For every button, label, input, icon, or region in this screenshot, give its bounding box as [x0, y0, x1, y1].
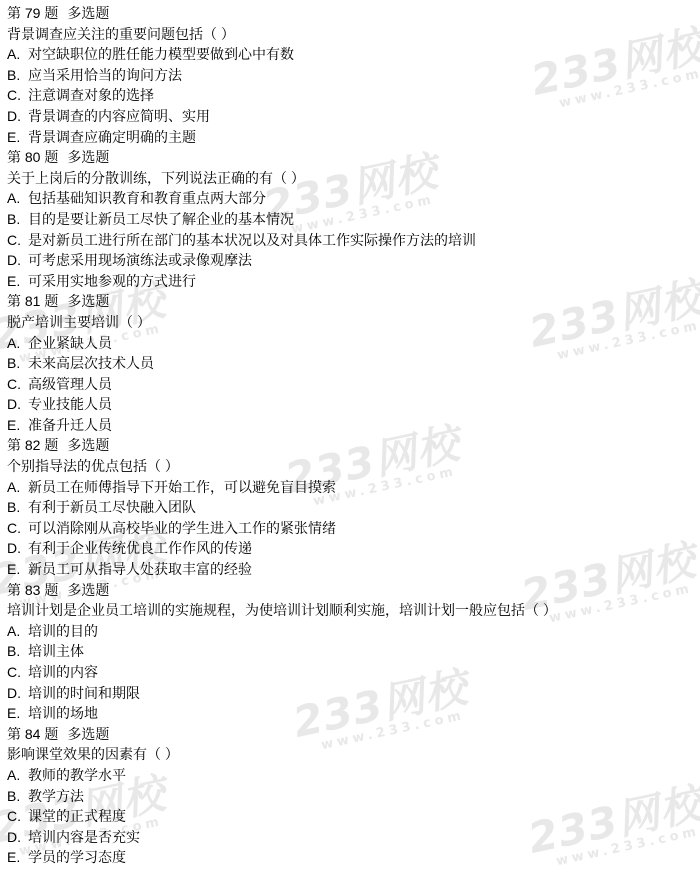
option-letter: C.	[7, 518, 28, 539]
option-row: E.培训的场地	[7, 703, 696, 724]
question-block: 第 79 题多选题 背景调查应关注的重要问题包括（ ） A.对空缺职位的胜任能力…	[7, 3, 696, 147]
option-text: 有利于新员工尽快融入团队	[28, 499, 196, 515]
option-letter: C.	[7, 85, 28, 106]
option-row: C.培训的内容	[7, 662, 696, 683]
option-letter: A.	[7, 477, 28, 498]
option-row: A.包括基础知识教育和教育重点两大部分	[7, 188, 696, 209]
option-letter: B.	[7, 209, 28, 230]
option-row: D.专业技能人员	[7, 394, 696, 415]
option-letter: E.	[7, 127, 28, 148]
question-number: 第 84 题	[7, 726, 58, 742]
question-header: 第 84 题多选题	[7, 724, 696, 745]
option-text: 应当采用恰当的询问方法	[28, 67, 182, 83]
option-letter: B.	[7, 641, 28, 662]
question-block: 第 83 题多选题 培训计划是企业员工培训的实施规程，为使培训计划顺利实施，培训…	[7, 580, 696, 724]
option-text: 可以消除刚从高校毕业的学生进入工作的紧张情绪	[28, 520, 336, 536]
option-row: B.教学方法	[7, 786, 696, 807]
question-stem: 培训计划是企业员工培训的实施规程，为使培训计划顺利实施，培训计划一般应包括（ ）	[7, 600, 696, 621]
exam-question-list: 第 79 题多选题 背景调查应关注的重要问题包括（ ） A.对空缺职位的胜任能力…	[0, 0, 700, 868]
question-block: 第 80 题多选题 关于上岗后的分散训练，下列说法正确的有（ ） A.包括基础知…	[7, 147, 696, 291]
question-stem: 影响课堂效果的因素有（ ）	[7, 744, 696, 765]
option-row: E.准备升迁人员	[7, 415, 696, 436]
question-stem: 脱产培训主要培训（ ）	[7, 312, 696, 333]
option-letter: B.	[7, 65, 28, 86]
question-block: 第 81 题多选题 脱产培训主要培训（ ） A.企业紧缺人员 B.未来高层次技术…	[7, 291, 696, 435]
option-text: 课堂的正式程度	[28, 808, 126, 824]
option-row: E.背景调查应确定明确的主题	[7, 127, 696, 148]
option-text: 培训主体	[28, 643, 84, 659]
option-letter: D.	[7, 250, 28, 271]
option-text: 可采用实地参观的方式进行	[28, 273, 196, 289]
option-text: 对空缺职位的胜任能力模型要做到心中有数	[28, 46, 294, 62]
option-text: 未来高层次技术人员	[28, 355, 154, 371]
option-row: A.对空缺职位的胜任能力模型要做到心中有数	[7, 44, 696, 65]
option-letter: A.	[7, 621, 28, 642]
question-type-badge: 多选题	[67, 149, 109, 165]
question-number: 第 79 题	[7, 5, 58, 21]
option-text: 教学方法	[28, 788, 84, 804]
option-row: D.背景调查的内容应简明、实用	[7, 106, 696, 127]
option-text: 有利于企业传统优良工作作风的传递	[28, 540, 252, 556]
option-text: 培训的场地	[28, 705, 98, 721]
option-text: 高级管理人员	[28, 376, 112, 392]
option-row: D.培训内容是否充实	[7, 827, 696, 848]
option-letter: E.	[7, 559, 28, 580]
question-number: 第 81 题	[7, 293, 58, 309]
option-text: 专业技能人员	[28, 396, 112, 412]
question-header: 第 81 题多选题	[7, 291, 696, 312]
option-text: 注意调查对象的选择	[28, 87, 154, 103]
question-type-badge: 多选题	[67, 5, 109, 21]
option-row: C.注意调查对象的选择	[7, 85, 696, 106]
option-text: 培训的内容	[28, 664, 98, 680]
option-row: B.应当采用恰当的询问方法	[7, 65, 696, 86]
option-letter: E.	[7, 271, 28, 292]
option-text: 培训内容是否充实	[28, 829, 140, 845]
option-letter: E.	[7, 703, 28, 724]
question-type-badge: 多选题	[67, 293, 109, 309]
option-row: B.未来高层次技术人员	[7, 353, 696, 374]
option-text: 准备升迁人员	[28, 417, 112, 433]
option-letter: A.	[7, 188, 28, 209]
option-row: C.课堂的正式程度	[7, 806, 696, 827]
option-text: 目的是要让新员工尽快了解企业的基本情况	[28, 211, 294, 227]
option-row: C.高级管理人员	[7, 374, 696, 395]
option-letter: C.	[7, 662, 28, 683]
option-text: 新员工可从指导人处获取丰富的经验	[28, 561, 252, 577]
option-letter: D.	[7, 106, 28, 127]
option-text: 新员工在师傅指导下开始工作，可以避免盲目摸索	[28, 479, 336, 495]
question-number: 第 82 题	[7, 437, 58, 453]
question-type-badge: 多选题	[67, 726, 109, 742]
option-letter: D.	[7, 683, 28, 704]
question-stem: 关于上岗后的分散训练，下列说法正确的有（ ）	[7, 168, 696, 189]
option-row: C.是对新员工进行所在部门的基本状况以及对具体工作实际操作方法的培训	[7, 230, 696, 251]
option-row: C.可以消除刚从高校毕业的学生进入工作的紧张情绪	[7, 518, 696, 539]
option-row: D.有利于企业传统优良工作作风的传递	[7, 538, 696, 559]
option-letter: A.	[7, 333, 28, 354]
option-letter: B.	[7, 353, 28, 374]
question-type-badge: 多选题	[67, 437, 109, 453]
question-header: 第 79 题多选题	[7, 3, 696, 24]
option-letter: E.	[7, 847, 28, 868]
option-text: 背景调查的内容应简明、实用	[28, 108, 210, 124]
option-row: E.新员工可从指导人处获取丰富的经验	[7, 559, 696, 580]
option-row: A.教师的教学水平	[7, 765, 696, 786]
question-type-badge: 多选题	[67, 582, 109, 598]
option-text: 背景调查应确定明确的主题	[28, 129, 196, 145]
option-text: 企业紧缺人员	[28, 335, 112, 351]
option-letter: A.	[7, 44, 28, 65]
option-letter: C.	[7, 230, 28, 251]
option-row: D.可考虑采用现场演练法或录像观摩法	[7, 250, 696, 271]
question-header: 第 80 题多选题	[7, 147, 696, 168]
option-letter: A.	[7, 765, 28, 786]
question-stem: 背景调查应关注的重要问题包括（ ）	[7, 24, 696, 45]
option-text: 教师的教学水平	[28, 767, 126, 783]
question-number: 第 80 题	[7, 149, 58, 165]
option-row: A.培训的目的	[7, 621, 696, 642]
option-letter: D.	[7, 827, 28, 848]
question-block: 第 84 题多选题 影响课堂效果的因素有（ ） A.教师的教学水平 B.教学方法…	[7, 724, 696, 868]
option-row: B.培训主体	[7, 641, 696, 662]
option-letter: E.	[7, 415, 28, 436]
option-letter: B.	[7, 497, 28, 518]
option-text: 包括基础知识教育和教育重点两大部分	[28, 190, 266, 206]
option-row: A.企业紧缺人员	[7, 333, 696, 354]
question-number: 第 83 题	[7, 582, 58, 598]
option-text: 是对新员工进行所在部门的基本状况以及对具体工作实际操作方法的培训	[28, 232, 476, 248]
option-row: D.培训的时间和期限	[7, 683, 696, 704]
option-letter: D.	[7, 394, 28, 415]
option-row: E.可采用实地参观的方式进行	[7, 271, 696, 292]
question-header: 第 83 题多选题	[7, 580, 696, 601]
option-text: 培训的时间和期限	[28, 685, 140, 701]
option-text: 培训的目的	[28, 623, 98, 639]
option-row: A.新员工在师傅指导下开始工作，可以避免盲目摸索	[7, 477, 696, 498]
option-text: 可考虑采用现场演练法或录像观摩法	[28, 252, 252, 268]
question-block: 第 82 题多选题 个别指导法的优点包括（ ） A.新员工在师傅指导下开始工作，…	[7, 435, 696, 579]
option-text: 学员的学习态度	[28, 849, 126, 865]
option-row: B.有利于新员工尽快融入团队	[7, 497, 696, 518]
option-row: E.学员的学习态度	[7, 847, 696, 868]
option-row: B.目的是要让新员工尽快了解企业的基本情况	[7, 209, 696, 230]
option-letter: C.	[7, 374, 28, 395]
option-letter: D.	[7, 538, 28, 559]
question-stem: 个别指导法的优点包括（ ）	[7, 456, 696, 477]
option-letter: C.	[7, 806, 28, 827]
option-letter: B.	[7, 786, 28, 807]
question-header: 第 82 题多选题	[7, 435, 696, 456]
